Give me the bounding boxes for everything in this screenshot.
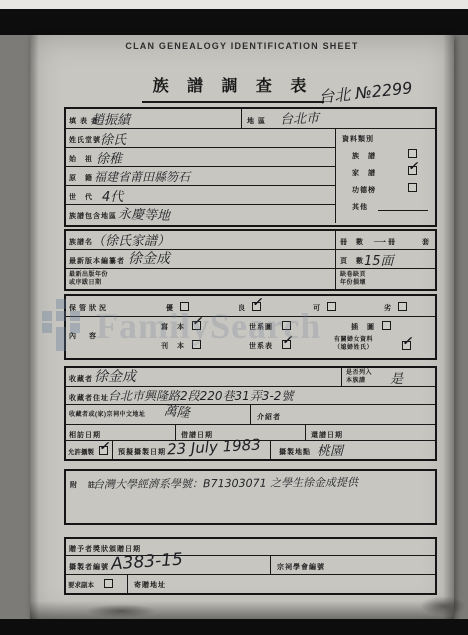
col-info-left: 姓氏堂號 徐氏 始 祖 徐稚 原 籍 福建省莆田縣笏石 世 代 4代 族譜包含地… bbox=[66, 129, 336, 223]
row-filmer-number: 攝製者編號 A383-15 宗祠學會編號 bbox=[66, 556, 435, 575]
scan-bottom-black-band bbox=[0, 619, 468, 635]
send-address-label: 寄贈地址 bbox=[134, 580, 166, 590]
cell-visit-date: 相訪日期 bbox=[66, 425, 176, 440]
row-content: 內 容 寫 本 ✓ 世系圖 插 圖 刊 本 世系表 ✓ 有關婦女資料 （媳婦姓氏… bbox=[66, 317, 435, 358]
film-date-value: 23 July 1983 bbox=[167, 436, 262, 459]
coverage-label: 族譜包含地區 bbox=[69, 211, 117, 221]
category-option-merit-label: 功德榜 bbox=[352, 185, 376, 195]
cell-content: 內 容 寫 本 ✓ 世系圖 插 圖 刊 本 世系表 ✓ 有關婦女資料 （媳婦姓氏… bbox=[66, 317, 435, 358]
generations-label: 世 代 bbox=[69, 192, 93, 202]
category-option-other-label: 其他 bbox=[352, 202, 368, 212]
cell-film-permit: 允許攝製 ✓ bbox=[66, 441, 113, 459]
row-coverage: 族譜包含地區 永慶等地 bbox=[66, 205, 335, 223]
pages-value: 15面 bbox=[364, 250, 394, 269]
owner-address-label: 收藏者住址 bbox=[69, 393, 109, 403]
checkbox-condition-fair bbox=[327, 302, 336, 311]
film-place-value: 桃園 bbox=[317, 440, 343, 459]
cell-film-date: 預擬攝製日期 23 July 1983 bbox=[113, 441, 271, 459]
note-value: 台灣大學經濟系學號：B71303071 之學生徐金成提供 bbox=[93, 474, 358, 492]
content-printed-label: 刊 本 bbox=[161, 341, 185, 351]
book-name-value: （徐氏家譜） bbox=[92, 230, 170, 249]
listed-label-line1: 是否列入 bbox=[346, 370, 372, 378]
cell-society-number: 宗祠學會編號 bbox=[271, 556, 435, 574]
generations-value: 4代 bbox=[102, 186, 123, 205]
checkbox-women-data: ✓ bbox=[402, 341, 411, 350]
owner-address-value: 台北市興隆路2段220巷31弄3-2號 bbox=[108, 387, 293, 404]
cell-area: 地 區 台北市 bbox=[242, 109, 435, 128]
film-date-label: 預擬攝製日期 bbox=[118, 447, 166, 457]
block-owner: 收藏者 徐金成 是否列入 本族譜 是 收藏者住址 台北市興隆路2段220巷31弄… bbox=[64, 366, 437, 461]
surname-hall-value: 徐氏 bbox=[100, 129, 126, 148]
pubyear-label-line1: 最新出版年份 bbox=[69, 272, 108, 280]
checkbox-film-permit: ✓ bbox=[99, 446, 108, 455]
surname-hall-label: 姓氏堂號 bbox=[69, 135, 101, 145]
cell-compiler: 最新版本編纂者 徐金成 bbox=[66, 250, 336, 268]
filmer-number-label: 攝製者編號 bbox=[69, 562, 109, 572]
block-basic-info: 填 表 者 趙振績 地 區 台北市 姓氏堂號 徐氏 始 祖 徐稚 原 籍 bbox=[64, 107, 437, 227]
visit-date-label: 相訪日期 bbox=[69, 430, 101, 440]
cell-film-place: 攝製地點 桃園 bbox=[271, 441, 435, 459]
checkbox-copy-request bbox=[104, 579, 113, 588]
film-permit-label: 允許攝製 bbox=[68, 447, 94, 456]
condition-poor-label: 劣 bbox=[384, 303, 392, 313]
scan-top-margin bbox=[0, 0, 468, 9]
content-women-data-label: 有關婦女資料 bbox=[334, 337, 373, 345]
cell-cn-address: 收藏者或(家)宗祠中文地址 萬隆 bbox=[66, 405, 251, 424]
row-book-name: 族譜名 （徐氏家譜） 冊 數 一 冊 套 bbox=[66, 231, 435, 250]
cn-address-value: 萬隆 bbox=[163, 400, 191, 422]
listed-label-line2: 本族譜 bbox=[346, 378, 366, 386]
row-compiler: 最新版本編纂者 徐金成 頁 數 15面 bbox=[66, 250, 435, 269]
category-title: 資料類別 bbox=[342, 134, 374, 144]
volumes-label: 冊 數 bbox=[340, 237, 364, 247]
category-option-clan-label: 族 譜 bbox=[352, 151, 376, 161]
checkbox-mark: ✓ bbox=[282, 333, 292, 347]
row-owner-name: 收藏者 徐金成 是否列入 本族譜 是 bbox=[66, 368, 435, 387]
cell-form-filler: 填 表 者 趙振績 bbox=[66, 109, 242, 128]
checkbox-illustration bbox=[382, 321, 391, 330]
block-book-info: 族譜名 （徐氏家譜） 冊 數 一 冊 套 最新版本編纂者 徐金成 頁 數 15面… bbox=[64, 229, 437, 291]
cell-pubyear: 最新出版年份 或序跋日期 bbox=[66, 269, 336, 289]
checkbox-condition-excellent bbox=[180, 302, 189, 311]
compiler-label: 最新版本編纂者 bbox=[69, 256, 125, 266]
checkbox-merit-board bbox=[408, 183, 417, 192]
row-cn-address: 收藏者或(家)宗祠中文地址 萬隆 介紹者 bbox=[66, 405, 435, 425]
cell-listed: 是否列入 本族譜 是 bbox=[342, 368, 435, 386]
cell-book-name: 族譜名 （徐氏家譜） bbox=[66, 231, 336, 249]
condition-fair-label: 可 bbox=[313, 303, 321, 313]
society-number-label: 宗祠學會編號 bbox=[277, 562, 325, 572]
cell-volumes: 冊 數 一 冊 套 bbox=[336, 231, 435, 249]
data-category-panel: 資料類別 族 譜 家 譜 ✓ 功德榜 其他 bbox=[336, 129, 435, 223]
row-info-body: 姓氏堂號 徐氏 始 祖 徐稚 原 籍 福建省莆田縣笏石 世 代 4代 族譜包含地… bbox=[66, 129, 435, 223]
missing-label-line1: 缺卷缺頁 bbox=[340, 272, 366, 280]
checkbox-printed bbox=[192, 340, 201, 349]
form-filler-value: 趙振績 bbox=[91, 109, 130, 128]
row-pubyear: 最新出版年份 或序跋日期 缺卷缺頁 年份損壞 bbox=[66, 269, 435, 289]
cell-award-date: 贈予者獎狀頒贈日期 bbox=[66, 539, 435, 555]
filmer-number-value: A383-15 bbox=[110, 550, 183, 575]
origin-value: 福建省莆田縣笏石 bbox=[94, 168, 190, 185]
film-place-label: 攝製地點 bbox=[279, 447, 311, 457]
volumes-unit2: 套 bbox=[422, 237, 430, 247]
owner-name-value: 徐金成 bbox=[94, 366, 136, 386]
cell-send-address: 寄贈地址 bbox=[128, 575, 435, 593]
checkbox-pedigree-chart bbox=[282, 321, 291, 330]
cell-condition: 保管狀況 優 良 ✓ 可 劣 bbox=[66, 296, 435, 316]
pubyear-label-line2: 或序跋日期 bbox=[69, 280, 102, 288]
book-name-label: 族譜名 bbox=[69, 237, 93, 247]
coverage-value: 永慶等地 bbox=[118, 203, 171, 224]
missing-label-line2: 年份損壞 bbox=[340, 280, 366, 288]
checkbox-condition-good: ✓ bbox=[252, 302, 261, 311]
content-label: 內 容 bbox=[69, 331, 99, 341]
scan-top-black-band bbox=[0, 9, 468, 35]
row-surname-hall: 姓氏堂號 徐氏 bbox=[66, 129, 335, 148]
checkbox-clan-genealogy bbox=[408, 149, 417, 158]
block-numbers: 贈予者獎狀頒贈日期 攝製者編號 A383-15 宗祠學會編號 要求副本 寄贈地址 bbox=[64, 537, 437, 595]
other-blank-line bbox=[378, 210, 428, 211]
cn-address-label: 收藏者或(家)宗祠中文地址 bbox=[69, 412, 146, 420]
origin-label: 原 籍 bbox=[69, 173, 93, 183]
area-label: 地 區 bbox=[247, 116, 266, 126]
checkbox-mark: ✓ bbox=[402, 334, 412, 348]
block-condition-content: 保管狀況 優 良 ✓ 可 劣 內 容 寫 本 ✓ 世系圖 插 圖 刊 本 bbox=[64, 294, 437, 360]
english-title: CLAN GENEALOGY IDENTIFICATION SHEET bbox=[30, 41, 454, 51]
checkbox-pedigree-table: ✓ bbox=[282, 340, 291, 349]
listed-value: 是 bbox=[390, 368, 403, 387]
content-pedigree-table-label: 世系表 bbox=[249, 341, 273, 351]
content-pedigree-chart-label: 世系圖 bbox=[249, 322, 273, 332]
scanned-genealogy-sheet: CLAN GENEALOGY IDENTIFICATION SHEET 族 譜 … bbox=[0, 0, 468, 635]
cell-filmer-number: 攝製者編號 A383-15 bbox=[66, 556, 271, 574]
return-date-label: 還譜日期 bbox=[311, 430, 343, 440]
checkbox-condition-poor bbox=[398, 302, 407, 311]
row-first-ancestor: 始 祖 徐稚 bbox=[66, 148, 335, 167]
cell-owner-address: 收藏者住址 台北市興隆路2段220巷31弄3-2號 bbox=[66, 387, 435, 404]
row-origin: 原 籍 福建省莆田縣笏石 bbox=[66, 167, 335, 186]
cell-missing-pages: 缺卷缺頁 年份損壞 bbox=[336, 269, 435, 289]
compiler-value: 徐金成 bbox=[128, 248, 170, 268]
checkbox-mark: ✓ bbox=[252, 295, 262, 309]
row-owner-address: 收藏者住址 台北市興隆路2段220巷31弄3-2號 bbox=[66, 387, 435, 405]
checkbox-mark: ✓ bbox=[192, 314, 202, 328]
checkbox-mark: ✓ bbox=[408, 159, 418, 173]
condition-good-label: 良 bbox=[238, 303, 246, 313]
content-illustration-label: 插 圖 bbox=[351, 322, 375, 332]
copy-request-label: 要求副本 bbox=[68, 580, 94, 589]
first-ancestor-label: 始 祖 bbox=[69, 154, 93, 164]
cell-owner-name: 收藏者 徐金成 bbox=[66, 368, 342, 386]
condition-excellent-label: 優 bbox=[166, 303, 174, 313]
checkbox-family-genealogy: ✓ bbox=[408, 166, 417, 175]
first-ancestor-value: 徐稚 bbox=[96, 148, 122, 167]
form-title: 族 譜 調 查 表 bbox=[142, 73, 324, 103]
content-women-data-sublabel: （媳婦姓氏） bbox=[334, 345, 373, 353]
row-copy-request: 要求副本 寄贈地址 bbox=[66, 575, 435, 593]
pages-label: 頁 數 bbox=[340, 256, 364, 266]
introducer-label: 介紹者 bbox=[257, 412, 281, 422]
checkbox-manuscript: ✓ bbox=[192, 321, 201, 330]
volumes-unit: 冊 bbox=[388, 237, 396, 247]
condition-label: 保管狀況 bbox=[69, 303, 109, 313]
row-condition: 保管狀況 優 良 ✓ 可 劣 bbox=[66, 296, 435, 317]
checkbox-mark: ✓ bbox=[99, 439, 109, 453]
area-value: 台北市 bbox=[280, 107, 320, 127]
content-manuscript-label: 寫 本 bbox=[161, 322, 185, 332]
cell-introducer: 介紹者 bbox=[251, 405, 435, 424]
category-option-family-label: 家 譜 bbox=[352, 168, 376, 178]
row-filler-area: 填 表 者 趙振績 地 區 台北市 bbox=[66, 109, 435, 129]
owner-name-label: 收藏者 bbox=[69, 374, 93, 384]
row-filming: 允許攝製 ✓ 預擬攝製日期 23 July 1983 攝製地點 桃園 bbox=[66, 441, 435, 459]
block-note: 附 註 台灣大學經濟系學號：B71303071 之學生徐金成提供 bbox=[64, 469, 437, 525]
cell-pages: 頁 數 15面 bbox=[336, 250, 435, 268]
cell-copy-request: 要求副本 bbox=[66, 575, 128, 593]
volumes-value: 一 bbox=[372, 232, 385, 251]
cell-return-date: 還譜日期 bbox=[306, 425, 435, 440]
row-generations: 世 代 4代 bbox=[66, 186, 335, 205]
